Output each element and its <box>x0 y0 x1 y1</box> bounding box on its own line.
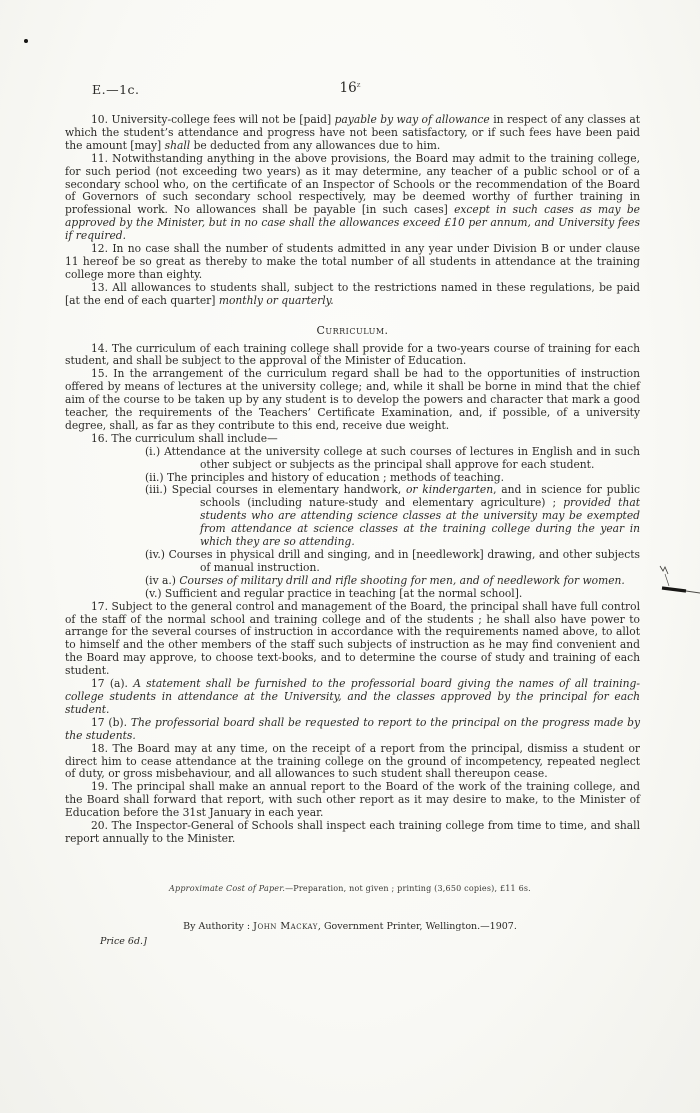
paragraph-11: 11. Notwithstanding anything in the abov… <box>65 153 640 243</box>
document-body: 10. University-college fees will not be … <box>65 114 640 846</box>
curriculum-item-iii: (iii.) Special courses in elementary han… <box>65 484 640 549</box>
price-note: Price 6d.] <box>100 936 147 947</box>
item-label: (iv a.) <box>145 574 176 587</box>
paragraph-12: 12. In no case shall the number of stude… <box>65 243 640 282</box>
paragraph-20: 20. The Inspector-General of Schools sha… <box>65 820 640 846</box>
curriculum-item-i: (i.) Attendance at the university colleg… <box>65 446 640 472</box>
curriculum-heading: Curriculum. <box>65 325 640 338</box>
item-label: (i.) <box>145 445 160 458</box>
page-number: 16z <box>0 80 700 96</box>
paragraph-10: 10. University-college fees will not be … <box>65 114 640 153</box>
page-header: E.—1c. 16z <box>0 82 700 100</box>
item-label: (ii.) <box>145 471 164 484</box>
paragraph-15: 15. In the arrangement of the curriculum… <box>65 368 640 433</box>
page-number-mark: z <box>357 81 361 89</box>
paragraph-17a: 17 (a). A statement shall be furnished t… <box>65 678 640 717</box>
curriculum-item-iv: (iv.) Courses in physical drill and sing… <box>65 549 640 575</box>
ink-dot-artifact <box>24 39 28 43</box>
paragraph-17b: 17 (b). The professorial board shall be … <box>65 717 640 743</box>
paragraph-17: 17. Subject to the general control and m… <box>65 601 640 678</box>
scanned-page: E.—1c. 16z 10. University-college fees w… <box>0 0 700 1113</box>
item-label: (iii.) <box>145 483 167 496</box>
paragraph-19: 19. The principal shall make an annual r… <box>65 781 640 820</box>
item-label: (v.) <box>145 587 162 600</box>
item-label: (iv.) <box>145 548 165 561</box>
paragraph-13: 13. All allowances to students shall, su… <box>65 282 640 308</box>
paragraph-14: 14. The curriculum of each training coll… <box>65 343 640 369</box>
paragraph-18: 18. The Board may at any time, on the re… <box>65 743 640 782</box>
cost-footnote: Approximate Cost of Paper.—Preparation, … <box>0 884 700 893</box>
pen-mark-artifact <box>648 562 700 606</box>
printer-imprint: By Authority : John Mackay, Government P… <box>0 921 700 932</box>
